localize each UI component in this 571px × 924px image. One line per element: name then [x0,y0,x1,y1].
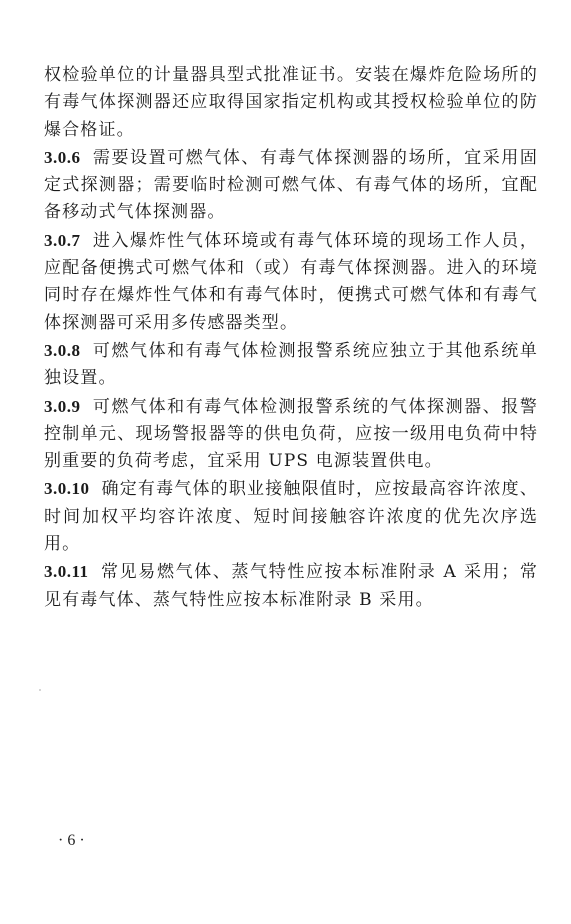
clause-text: 进入爆炸性气体环境或有毒气体环境的现场工作人员，应配备便携式可燃气体和（或）有毒… [44,231,538,333]
clause-3-0-11: 3.0.11常见易燃气体、蒸气特性应按本标准附录 A 采用；常见有毒气体、蒸气特… [44,558,538,614]
clause-number: 3.0.9 [44,397,81,416]
clause-text: 可燃气体和有毒气体检测报警系统的气体探测器、报警控制单元、现场警报器等的供电负荷… [44,397,538,472]
scan-speck [39,689,41,691]
clause-number: 3.0.10 [44,479,90,498]
clause-3-0-8: 3.0.8可燃气体和有毒气体检测报警系统应独立于其他系统单独设置。 [44,337,538,393]
clause-text: 常见易燃气体、蒸气特性应按本标准附录 A 采用；常见有毒气体、蒸气特性应按本标准… [44,562,538,609]
page-number: · 6 · [58,832,85,850]
clause-3-0-7: 3.0.7进入爆炸性气体环境或有毒气体环境的现场工作人员，应配备便携式可燃气体和… [44,227,538,337]
clause-text: 需要设置可燃气体、有毒气体探测器的场所，宜采用固定式探测器；需要临时检测可燃气体… [44,148,538,223]
clause-3-0-10: 3.0.10确定有毒气体的职业接触限值时，应按最高容许浓度、时间加权平均容许浓度… [44,475,538,558]
clause-number: 3.0.11 [44,562,89,581]
paragraph-continuation: 权检验单位的计量器具型式批准证书。安装在爆炸危险场所的有毒气体探测器还应取得国家… [44,62,538,144]
clause-3-0-6: 3.0.6需要设置可燃气体、有毒气体探测器的场所，宜采用固定式探测器；需要临时检… [44,144,538,227]
clause-number: 3.0.6 [44,148,81,167]
clause-number: 3.0.7 [44,231,81,250]
clause-text: 可燃气体和有毒气体检测报警系统应独立于其他系统单独设置。 [44,341,538,388]
clause-3-0-9: 3.0.9可燃气体和有毒气体检测报警系统的气体探测器、报警控制单元、现场警报器等… [44,393,538,476]
paragraph-text: 权检验单位的计量器具型式批准证书。安装在爆炸危险场所的有毒气体探测器还应取得国家… [44,65,538,140]
clause-text: 确定有毒气体的职业接触限值时，应按最高容许浓度、时间加权平均容许浓度、短时间接触… [44,479,538,554]
page-body: 权检验单位的计量器具型式批准证书。安装在爆炸危险场所的有毒气体探测器还应取得国家… [44,62,538,614]
clause-number: 3.0.8 [44,341,81,360]
